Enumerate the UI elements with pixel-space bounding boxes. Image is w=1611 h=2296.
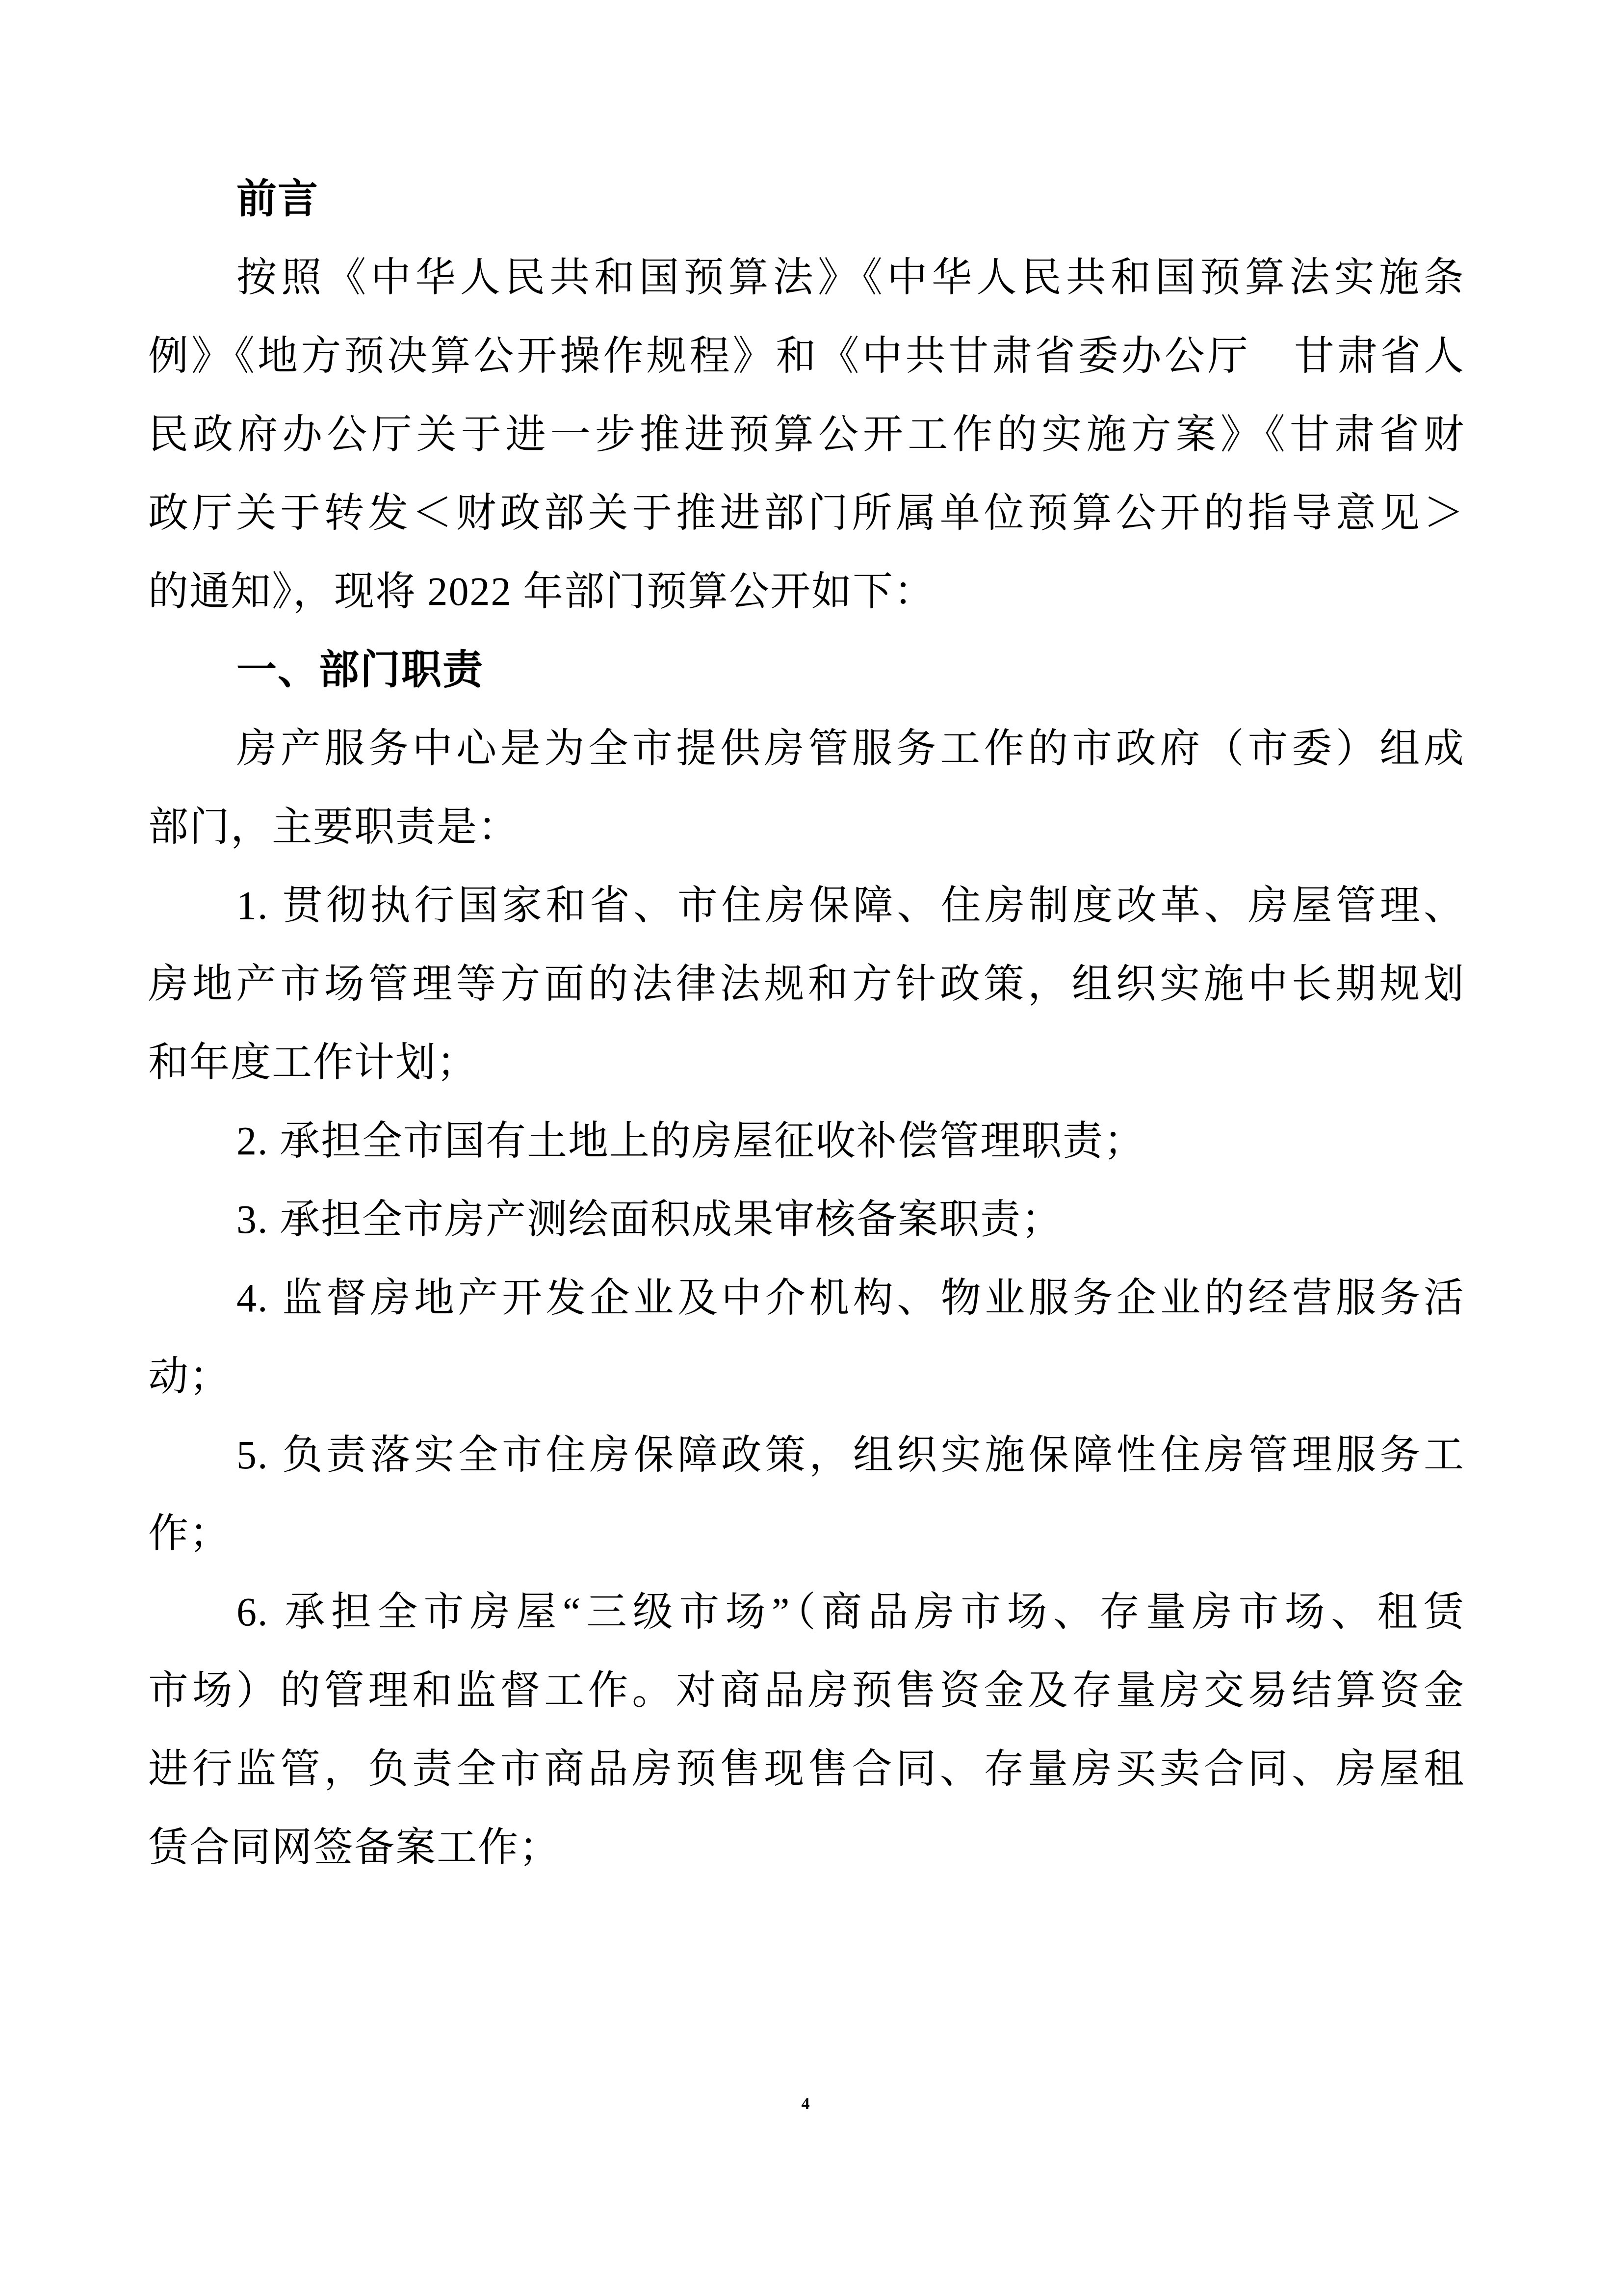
duty-item-3: 3. 承担全市房产测绘面积成果审核备案职责； (148, 1180, 1465, 1259)
duty-item-6-line-1: 6. 承担全市房屋“三级市场”（商品房市场、存量房市场、租赁 (148, 1573, 1465, 1651)
duty-item-6-line-4: 赁合同网签备案工作； (148, 1808, 1465, 1887)
duties-intro-line-1: 房产服务中心是为全市提供房管服务工作的市政府（市委）组成 (148, 709, 1465, 788)
document-page: 前言 按照《中华人民共和国预算法》《中华人民共和国预算法实施条 例》《地方预决算… (0, 0, 1611, 2296)
duty-item-1-line-1: 1. 贯彻执行国家和省、市住房保障、住房制度改革、房屋管理、 (148, 866, 1465, 945)
duty-item-2: 2. 承担全市国有土地上的房屋征收补偿管理职责； (148, 1102, 1465, 1180)
foreword-para-line-3: 民政府办公厅关于进一步推进预算公开工作的实施方案》《甘肃省财 (148, 395, 1465, 474)
duty-item-5-line-2: 作； (148, 1494, 1465, 1573)
duty-item-1-line-3: 和年度工作计划； (148, 1023, 1465, 1102)
duty-item-6-line-3: 进行监管，负责全市商品房预售现售合同、存量房买卖合同、房屋租 (148, 1730, 1465, 1808)
foreword-para-line-4: 政厅关于转发＜财政部关于推进部门所属单位预算公开的指导意见＞ (148, 474, 1465, 552)
document-body: 前言 按照《中华人民共和国预算法》《中华人民共和国预算法实施条 例》《地方预决算… (148, 160, 1465, 1887)
foreword-heading: 前言 (148, 160, 1465, 238)
foreword-para-line-2: 例》《地方预决算公开操作规程》和《中共甘肃省委办公厅 甘肃省人 (148, 317, 1465, 395)
duty-item-5-line-1: 5. 负责落实全市住房保障政策，组织实施保障性住房管理服务工 (148, 1416, 1465, 1494)
duty-item-1-line-2: 房地产市场管理等方面的法律法规和方针政策，组织实施中长期规划 (148, 945, 1465, 1023)
duty-item-6-line-2: 市场）的管理和监督工作。对商品房预售资金及存量房交易结算资金 (148, 1651, 1465, 1730)
duty-item-4-line-2: 动； (148, 1337, 1465, 1416)
foreword-para-line-1: 按照《中华人民共和国预算法》《中华人民共和国预算法实施条 (148, 238, 1465, 317)
duties-section-heading: 一、部门职责 (148, 631, 1465, 709)
page-number: 4 (0, 2096, 1611, 2113)
duty-item-4-line-1: 4. 监督房地产开发企业及中介机构、物业服务企业的经营服务活 (148, 1259, 1465, 1337)
duties-intro-line-2: 部门，主要职责是： (148, 788, 1465, 866)
foreword-para-line-5: 的通知》，现将 2022 年部门预算公开如下： (148, 552, 1465, 631)
